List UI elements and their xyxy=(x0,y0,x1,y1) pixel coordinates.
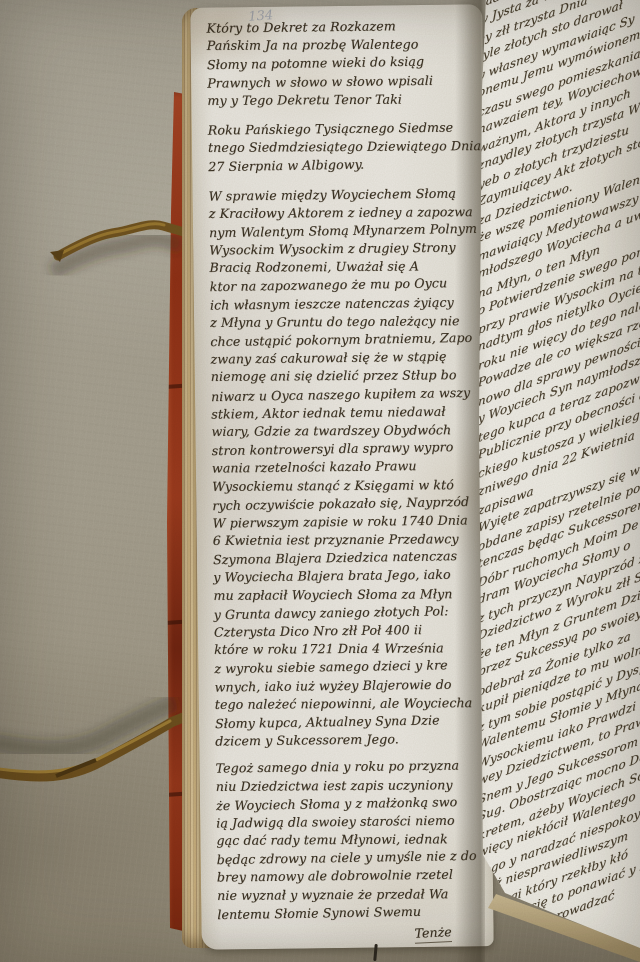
manuscript-line: wnych, iako iuż wyżey Blajerowie do xyxy=(214,675,476,696)
lower-tie-twist xyxy=(56,760,96,776)
leather-tie-upper xyxy=(58,225,184,256)
debris-twig xyxy=(373,944,377,961)
manuscript-line: Prawnych w słowo w słowo wpisali xyxy=(207,71,469,92)
left-page: 134 Który to Dekret za RozkazemPańskim J… xyxy=(190,4,493,949)
upper-tie-shadow xyxy=(52,239,182,272)
manuscript-line: lentemu Słomie Synowi Swemu xyxy=(217,902,479,925)
paragraph-date: Roku Pańskiego Tysiącznego Siedmsetnego … xyxy=(208,118,471,176)
manuscript-line: że Woyciech Słoma y z małżonką swo xyxy=(216,792,478,815)
manuscript-line: niwarz u Oyca naszego kupiłem za wszy xyxy=(211,383,473,406)
paragraph-closing: Tegoż samego dnia y roku po przyznaniu D… xyxy=(215,757,479,924)
paragraph-decree-intro: Który to Dekret za RozkazemPańskim Ja na… xyxy=(206,16,469,110)
manuscript-line: brey namowy ale dobrowolnie rzetel xyxy=(217,866,479,887)
leather-tie-lower xyxy=(0,714,192,777)
right-page-text: nad 1784 yw Jysta za wczyey złł trzysta … xyxy=(478,0,640,953)
manuscript-line: rych oczywiście pokazało się, Nayprzód xyxy=(212,493,474,516)
manuscript-line: ich własnym ieszcze natenczas żyiący xyxy=(210,293,472,314)
manuscript-line: wania rzetelności kazało Prawu xyxy=(212,457,474,478)
manuscript-line: W sprawie między Woyciechem Słomą xyxy=(208,184,470,205)
signature-row: Tenże xyxy=(217,922,479,943)
upper-tie-tip xyxy=(50,250,64,262)
upper-tie-highlight xyxy=(60,224,164,254)
paragraph-case-body: W sprawie między Woyciechem Słomąz Kraci… xyxy=(208,184,477,751)
manuscript-line: my y Tego Dekretu Tenor Taki xyxy=(207,90,469,110)
manuscript-line: dzicem y Sukcessorem Jego. xyxy=(215,729,477,750)
lower-tie-shadow xyxy=(0,702,176,749)
lower-tie-highlight xyxy=(0,721,170,772)
manuscript-line: Tegoż samego dnia y roku po przyzna xyxy=(215,757,477,778)
left-page-text: Który to Dekret za RozkazemPańskim Ja na… xyxy=(206,16,479,943)
signature-word: Tenże xyxy=(414,923,452,944)
manuscript-line: 27 Sierpnia w Albigowy. xyxy=(208,154,470,177)
right-page: nad 1784 yw Jysta za wczyey złł trzysta … xyxy=(468,0,640,962)
manuscript-line: y Woyciecha Blajera brata Jego, iako xyxy=(213,566,475,587)
manuscript-photo: 134 Który to Dekret za RozkazemPańskim J… xyxy=(0,0,640,962)
